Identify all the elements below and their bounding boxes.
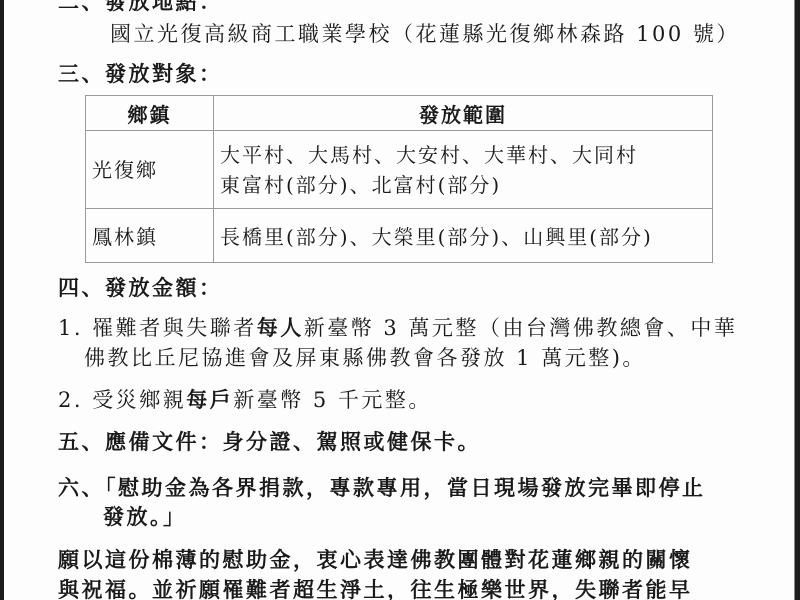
document-page: 二、發放地點： 國立光復高級商工職業學校（花蓮縣光復鄉林森路 100 號） 三、… [0, 0, 795, 600]
closing-line2: 與祝福。並祈願罹難者超生淨土，往生極樂世界，失聯者能早 [58, 578, 693, 600]
amount-item-emphasis: 每人 [257, 315, 304, 340]
section6-line1: 六、「慰助金為各界捐款，專款專用，當日現場發放完畢即停止 [58, 476, 706, 500]
table-row: 光復鄉 大平村、大馬村、大安村、大華村、大同村 東富村(部分)、北富村(部分) [86, 131, 713, 209]
header-scope: 發放範圍 [214, 96, 713, 131]
amount-item-emphasis: 每戶 [186, 387, 233, 412]
scope-cell: 長橋里(部分)、大榮里(部分)、山興里(部分) [214, 209, 713, 263]
right-window-edge [794, 0, 800, 600]
distribution-location: 國立光復高級商工職業學校（花蓮縣光復鄉林森路 100 號） [110, 22, 740, 46]
amount-item-2: 2. 受災鄉親每戶新臺幣 5 千元整。 [58, 388, 432, 412]
amount-item-suffix: 新臺幣 3 萬元整（由台灣佛教總會、中華 [304, 316, 738, 340]
closing-line1: 願以這份棉薄的慰助金，衷心表達佛教團體對花蓮鄉親的關懷 [58, 548, 693, 572]
amount-item-suffix: 新臺幣 5 千元整。 [233, 388, 432, 412]
section5-required-documents: 五、應備文件：身分證、駕照或健保卡。 [58, 430, 481, 454]
section6-line2: 發放。」 [103, 505, 187, 529]
amount-item-prefix: 1. 罹難者與失聯者 [58, 316, 257, 340]
table-header-row: 鄉鎮 發放範圍 [86, 96, 713, 131]
scope-cell: 大平村、大馬村、大安村、大華村、大同村 東富村(部分)、北富村(部分) [214, 131, 713, 209]
amount-item-prefix: 2. 受災鄉親 [58, 388, 186, 412]
section2-heading: 二、發放地點： [58, 0, 223, 14]
town-cell: 鳳林鎮 [86, 209, 214, 263]
distribution-table: 鄉鎮 發放範圍 光復鄉 大平村、大馬村、大安村、大華村、大同村 東富村(部分)、… [85, 95, 713, 263]
section4-heading: 四、發放金額： [58, 276, 223, 300]
scope-line: 大平村、大馬村、大安村、大華村、大同村 [220, 140, 706, 170]
town-cell: 光復鄉 [86, 131, 214, 209]
amount-item-1: 1. 罹難者與失聯者每人新臺幣 3 萬元整（由台灣佛教總會、中華 [58, 316, 737, 340]
amount-item-1-continuation: 佛教比丘尼協進會及屏東縣佛教會各發放 1 萬元整)。 [84, 346, 646, 370]
header-town: 鄉鎮 [86, 96, 214, 131]
scope-line: 東富村(部分)、北富村(部分) [220, 170, 706, 200]
table-row: 鳳林鎮 長橋里(部分)、大榮里(部分)、山興里(部分) [86, 209, 713, 263]
section3-heading: 三、發放對象： [58, 62, 223, 86]
section4-heading-text: 四、發放金額： [58, 275, 223, 300]
